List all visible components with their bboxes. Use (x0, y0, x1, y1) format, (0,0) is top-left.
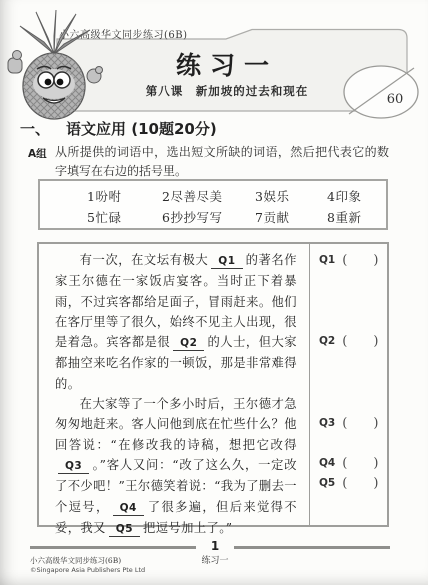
footer-rule-left (30, 546, 196, 549)
answer-paren-open: ( (342, 476, 347, 491)
answer-label: Q3 (319, 417, 335, 429)
passage-blank: Q3 (58, 460, 89, 474)
answer-paren-open: ( (342, 253, 347, 268)
passage-text: 有一次，在文坛有极大Q1的著名作家王尔德在一家饭店宴客。当时正下着暴雨，不过宾客… (39, 244, 310, 525)
answer-paren-close: ) (373, 334, 378, 349)
passage-paragraph: 有一次，在文坛有极大Q1的著名作家王尔德在一家饭店宴客。当时正下着暴雨，不过宾客… (55, 250, 297, 394)
word-bank-item: 3娱乐 (255, 187, 327, 205)
answer-paren-close: ) (373, 476, 378, 491)
word-bank-item: 6抄抄写写 (162, 208, 255, 226)
word-bank-box: 1吩咐2尽善尽美3娱乐4印象5忙碌6抄抄写写7贡献8重新 (38, 179, 388, 230)
passage-box: 有一次，在文坛有极大Q1的著名作家王尔德在一家饭店宴客。当时正下着暴雨，不过宾客… (37, 242, 389, 527)
footer-series: 小六高级华文同步练习(6B) (30, 555, 121, 566)
passage-blank: Q2 (173, 337, 204, 351)
word-bank-item: 4印象 (327, 187, 386, 205)
footer-copyright: ©Singapore Asia Publishers Pte Ltd (30, 566, 145, 574)
part-a: A组 从所提供的词语中，选出短文所缺的词语，然后把代表它的数字填写在右边的括号里… (28, 143, 390, 181)
page-number: 1 (196, 539, 234, 553)
answer-row: Q4() (319, 455, 387, 471)
answer-row: Q5() (319, 475, 387, 491)
answer-paren-open: ( (342, 334, 347, 349)
passage-paragraph: 在大家等了一个多小时后，王尔德才急匆匆地赶来。客人问他到底在忙些什么？他回答说：… (55, 394, 297, 539)
footer-rule-right (234, 546, 390, 549)
pineapple-mascot-icon (2, 10, 110, 122)
answer-label: Q2 (319, 335, 335, 347)
word-bank-item: 2尽善尽美 (162, 187, 255, 205)
word-bank-item: 8重新 (327, 208, 386, 226)
answer-paren-open: ( (342, 416, 347, 431)
answer-paren-close: ) (373, 253, 378, 268)
answer-paren-close: ) (373, 456, 378, 471)
word-bank-item: 7贡献 (255, 208, 327, 226)
answer-paren-open: ( (342, 456, 347, 471)
score-total: 60 (384, 92, 406, 107)
answer-row: Q2() (319, 333, 387, 349)
passage-blank: Q4 (113, 502, 144, 516)
answer-label: Q1 (319, 254, 335, 266)
word-bank-item: 1吩咐 (87, 187, 162, 205)
exercise-title: 练习一 (92, 46, 362, 82)
lesson-subtitle: 第八课 新加坡的过去和现在 (92, 83, 362, 99)
worksheet-page: 小六高级华文同步练习(6B) 练习一 第八课 新加坡的过去和现在 60 一、 语… (0, 0, 428, 585)
answer-column: Q1()Q2()Q3()Q4()Q5() (310, 244, 387, 525)
passage-blank: Q1 (211, 255, 242, 269)
part-a-label: A组 (28, 143, 55, 181)
answer-label: Q5 (319, 477, 335, 489)
passage-blank: Q5 (109, 523, 140, 537)
part-a-instruction: 从所提供的词语中，选出短文所缺的词语，然后把代表它的数字填写在右边的括号里。 (55, 143, 389, 181)
word-bank-item: 5忙碌 (87, 208, 162, 226)
answer-paren-close: ) (373, 416, 378, 431)
footer-page-label: 练习一 (176, 553, 254, 566)
answer-row: Q3() (319, 415, 387, 431)
answer-label: Q4 (319, 457, 335, 469)
answer-row: Q1() (319, 252, 387, 268)
